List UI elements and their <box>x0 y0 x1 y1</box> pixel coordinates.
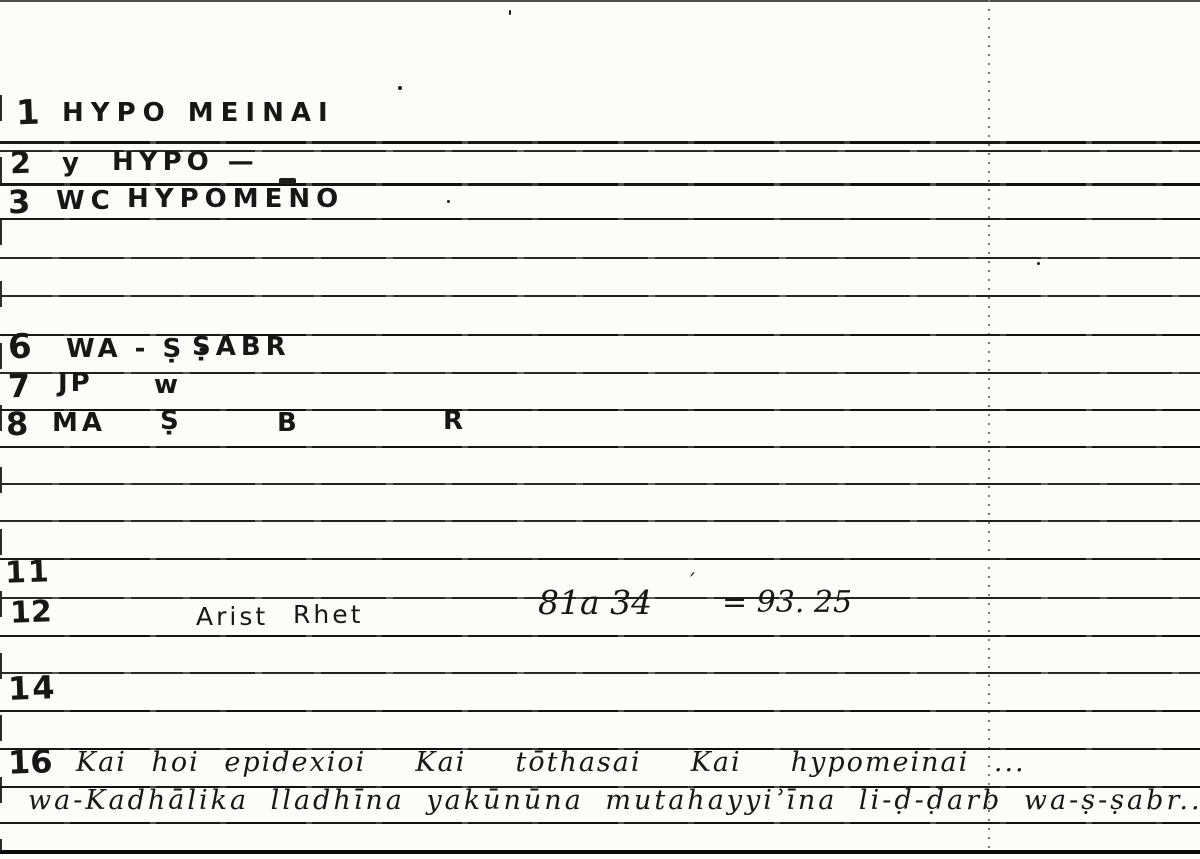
entry-greek-quote: Kai hoi epidexioi Kai tōthasai Kai hypom… <box>76 749 1026 776</box>
entry-rhet: Rhet <box>293 602 363 627</box>
line-number-6: 6 <box>7 330 32 365</box>
entry-hypomeno: HYPOMENO <box>127 186 344 212</box>
stray-dot <box>447 200 450 203</box>
card-left-edge <box>0 95 2 852</box>
entry-hypomeinai: HYPO MEINAI <box>62 100 335 126</box>
entry-prime-tick: ′ <box>690 572 695 594</box>
ruled-line <box>0 672 1200 674</box>
ruled-line <box>0 257 1200 259</box>
entry-w: w <box>154 372 182 398</box>
entry-root-b: B <box>277 410 301 436</box>
vertical-dotted-divider <box>988 0 990 852</box>
ruled-line <box>0 635 1200 637</box>
line-number-14: 14 <box>7 671 57 705</box>
entry-root-r: R <box>443 408 467 434</box>
entry-jp: JP <box>58 370 93 396</box>
line-number-16: 16 <box>7 745 53 779</box>
scan-top-edge <box>0 0 1200 2</box>
line-number-1: 1 <box>15 96 40 131</box>
entry-wc: WC <box>56 188 116 214</box>
entry-root-s: Ṣ <box>160 408 183 434</box>
ruled-line <box>0 446 1200 448</box>
entry-hypo-dash: HYPO — <box>112 149 259 175</box>
ruled-line <box>0 850 1200 854</box>
ink-blob <box>279 178 296 184</box>
index-card: 1HYPO MEINAI2yHYPO —3WCHYPOMENO6WA - Ṣ -… <box>0 0 1200 859</box>
stray-dot <box>398 86 402 90</box>
ruled-line <box>0 141 1200 144</box>
entry-arabic-quote: wa-Kadhālika lladhīna yakūnūna mutahayyi… <box>28 787 1200 814</box>
ruled-line <box>0 822 1200 824</box>
entry-arist: Arist <box>196 604 268 629</box>
line-number-11: 11 <box>4 557 51 589</box>
ruled-line <box>0 520 1200 522</box>
stray-dot <box>509 10 511 15</box>
line-number-7: 7 <box>7 370 30 403</box>
entry-value: = 93. 25 <box>722 588 852 618</box>
ruled-line <box>0 483 1200 485</box>
line-number-2: 2 <box>9 149 31 180</box>
ruled-line <box>0 295 1200 297</box>
line-number-8: 8 <box>5 408 28 441</box>
ruled-line <box>0 558 1200 560</box>
ruled-line <box>0 710 1200 712</box>
entry-ma: MA <box>52 410 106 436</box>
entry-y: y <box>62 150 83 176</box>
entry-citation: 81a 34 <box>538 586 652 619</box>
line-number-12: 12 <box>9 597 52 628</box>
line-number-3: 3 <box>7 186 30 219</box>
ruled-line <box>0 218 1200 220</box>
stray-dot <box>1037 262 1040 265</box>
entry-sabr: ṢABR <box>192 334 291 360</box>
